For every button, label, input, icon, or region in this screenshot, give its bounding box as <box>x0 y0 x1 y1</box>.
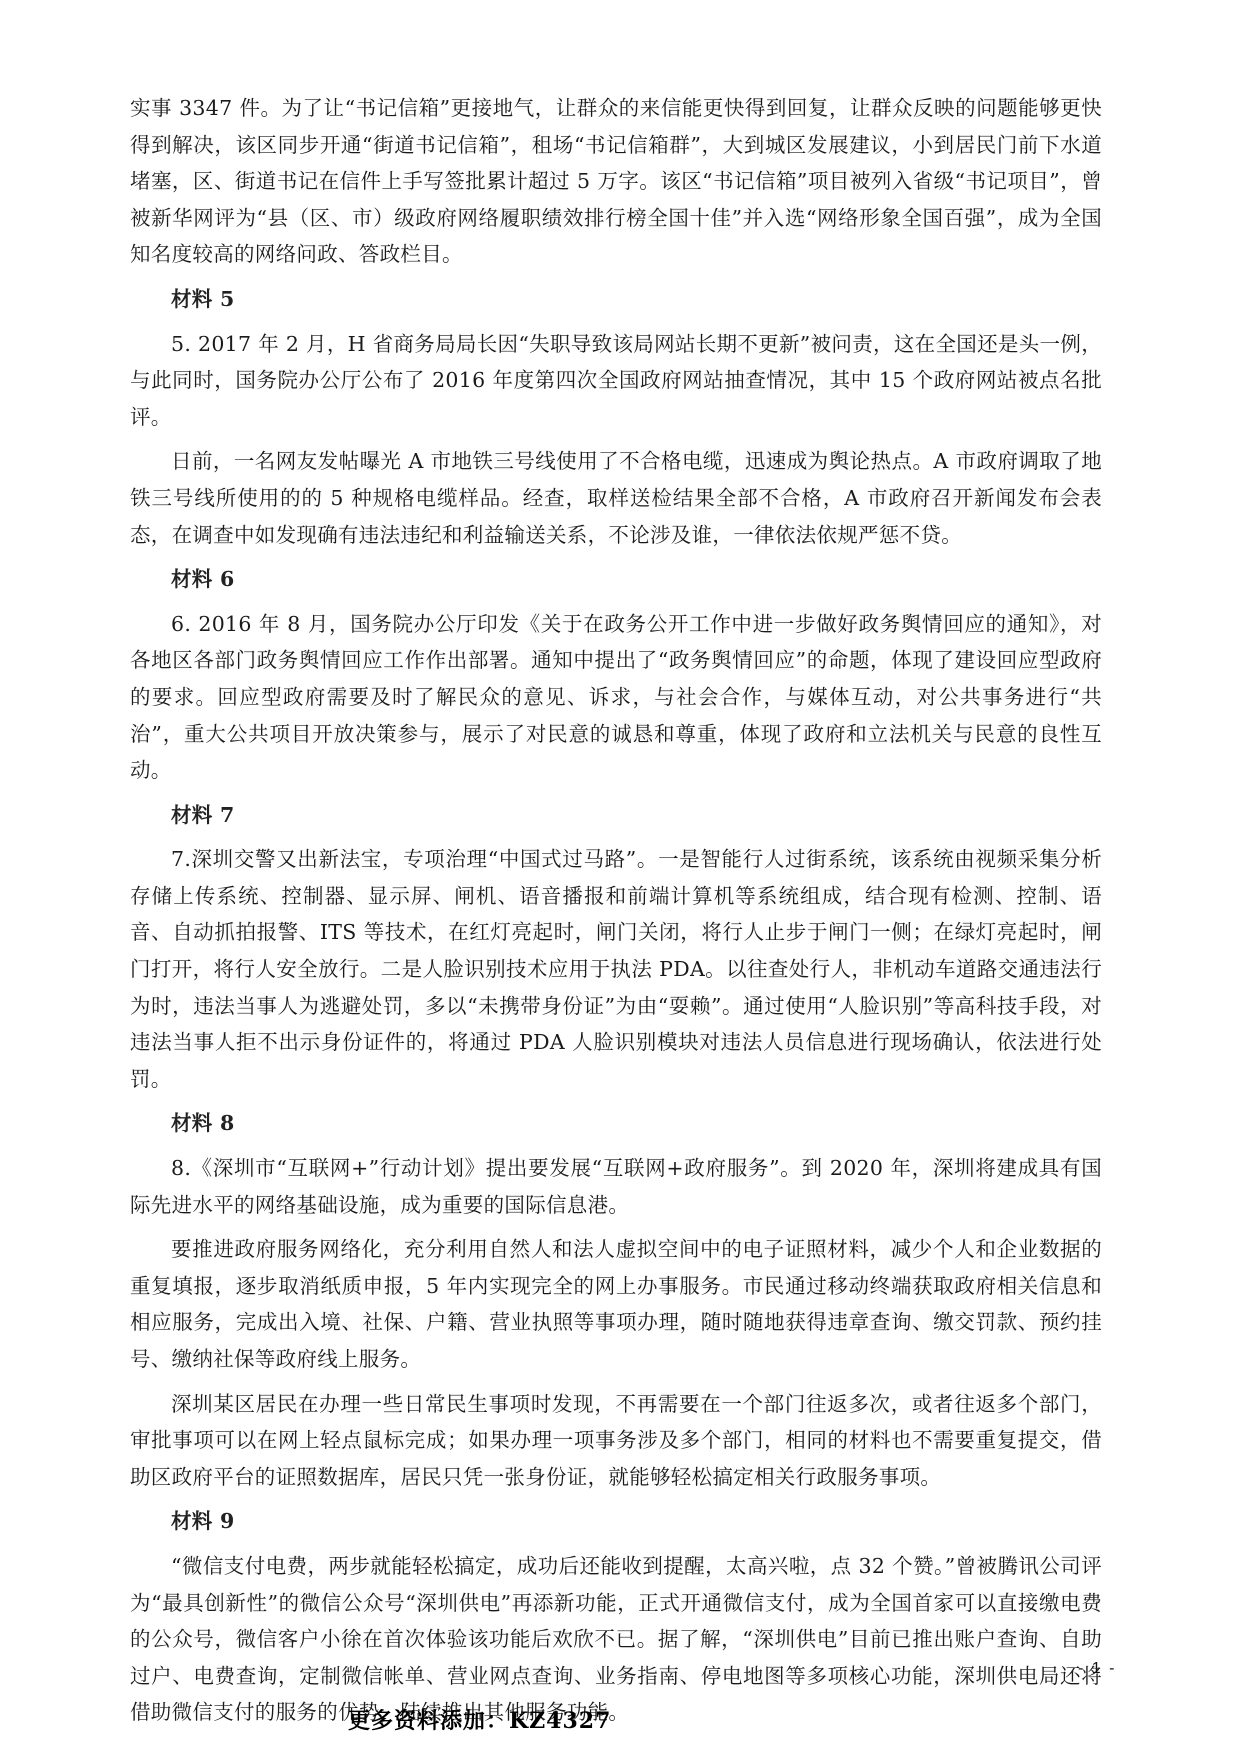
footer-note: 更多资料添加：KZ4327 <box>348 1704 611 1735</box>
paragraph-material-8-a: 8.《深圳市“互联网+”行动计划》提出要发展“互联网+政府服务”。到 2020 … <box>130 1150 1102 1223</box>
paragraph-material-5-b: 日前，一名网友发帖曝光 A 市地铁三号线使用了不合格电缆，迅速成为舆论热点。A … <box>130 443 1102 553</box>
paragraph-material-8-b: 要推进政府服务网络化，充分利用自然人和法人虚拟空间中的电子证照材料，减少个人和企… <box>130 1231 1102 1377</box>
paragraph-material-7: 7.深圳交警又出新法宝，专项治理“中国式过马路”。一是智能行人过街系统，该系统由… <box>130 841 1102 1097</box>
heading-material-8: 材料 8 <box>130 1105 1102 1142</box>
heading-material-6: 材料 6 <box>130 561 1102 598</box>
paragraph-material-9: “微信支付电费，两步就能轻松搞定，成功后还能收到提醒，太高兴啦，点 32 个赞。… <box>130 1548 1102 1731</box>
heading-material-9: 材料 9 <box>130 1503 1102 1540</box>
heading-material-7: 材料 7 <box>130 797 1102 834</box>
paragraph-material-5-a: 5. 2017 年 2 月，H 省商务局局长因“失职导致该局网站长期不更新”被问… <box>130 326 1102 436</box>
heading-material-5: 材料 5 <box>130 281 1102 318</box>
paragraph-material-6: 6. 2016 年 8 月，国务院办公厅印发《关于在政务公开工作中进一步做好政务… <box>130 606 1102 789</box>
paragraph-material-8-c: 深圳某区居民在办理一些日常民生事项时发现，不再需要在一个部门往返多次，或者往返多… <box>130 1386 1102 1496</box>
page-number: - 1 - <box>1078 1660 1116 1678</box>
paragraph-material-4-continuation: 实事 3347 件。为了让“书记信箱”更接地气，让群众的来信能更快得到回复，让群… <box>130 90 1102 273</box>
document-body: 实事 3347 件。为了让“书记信箱”更接地气，让群众的来信能更快得到回复，让群… <box>130 90 1102 1739</box>
